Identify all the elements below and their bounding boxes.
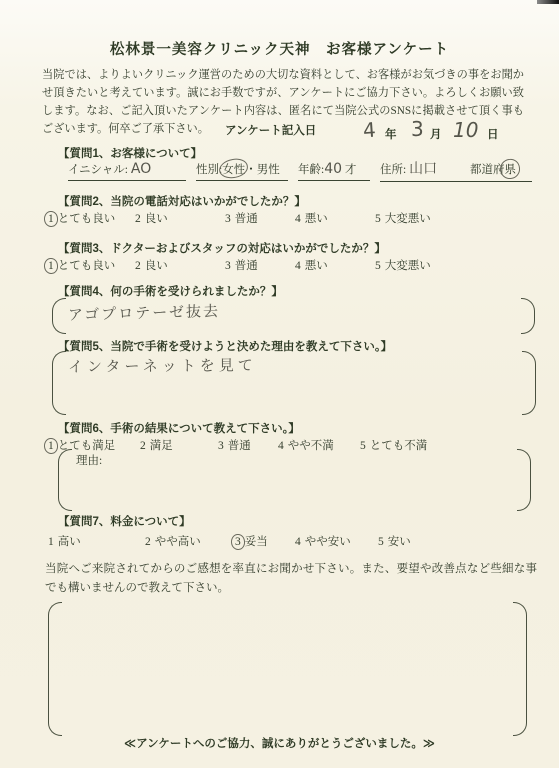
q7-option-2-num: 2	[145, 536, 151, 548]
q3-option-1-label: とても良い	[58, 260, 116, 272]
q3-option-1: 1とても良い	[48, 257, 135, 273]
page-title: 松林景一美容クリニック天神 お客様アンケート	[0, 38, 559, 59]
q2-option-3-label: 普通	[235, 213, 258, 225]
question1-fields: イニシャル: AO性別:女性・男性年齢:40 才住所: 山口 都道府県	[68, 158, 538, 182]
q6-option-1-num: 1	[48, 440, 54, 452]
question2-header: 【質問2、当院の電話対応はいかがでしたか？】	[58, 193, 306, 209]
feedback-answer-box	[48, 602, 527, 736]
q2-option-5-label: 大変悪い	[385, 213, 431, 225]
initial-label: イニシャル:	[68, 164, 128, 176]
question7-options: 1高い2やや高い3妥当4やや安い5安い	[48, 533, 411, 549]
survey-date-row: アンケート記入日 4 年 3 月 10 日	[225, 122, 545, 150]
q7-option-3-num: 3	[235, 536, 241, 548]
question6-reason-box: 理由:	[58, 449, 531, 511]
age-handwritten: 40	[324, 161, 342, 177]
age-unit: 才	[345, 164, 357, 176]
q2-option-1-label: とても良い	[58, 213, 116, 225]
q3-option-2: 2良い	[135, 257, 225, 273]
initial-field: イニシャル: AO	[68, 161, 186, 181]
q3-option-4-label: 悪い	[305, 260, 328, 272]
q7-option-4: 4やや安い	[295, 533, 378, 549]
date-year-unit: 年	[385, 126, 397, 142]
q7-option-5-num: 5	[378, 536, 384, 548]
address-ken: 県	[504, 161, 516, 177]
q2-option-5-num: 5	[375, 213, 381, 225]
q2-option-2: 2良い	[135, 210, 225, 226]
q2-option-5: 5大変悪い	[375, 210, 431, 226]
q2-option-4-num: 4	[295, 213, 301, 225]
question5-answer-box: インターネットを見て	[52, 351, 536, 415]
question4-answer-handwritten: アゴプロテーゼ抜去	[68, 300, 220, 325]
q7-option-3: 3妥当	[235, 533, 295, 549]
scan-artifact	[537, 0, 559, 4]
q2-option-2-label: 良い	[145, 213, 168, 225]
q7-option-4-num: 4	[295, 536, 301, 548]
q7-option-2-label: やや高い	[155, 536, 201, 548]
q3-option-5-label: 大変悪い	[385, 260, 431, 272]
date-day-handwritten: 10	[453, 118, 478, 142]
q3-option-2-num: 2	[135, 260, 141, 272]
q7-option-1: 1高い	[48, 533, 145, 549]
question3-header: 【質問3、ドクターおよびスタッフの対応はいかがでしたか？】	[58, 240, 386, 256]
age-label: 年齢:	[298, 164, 324, 176]
question5-answer-handwritten: インターネットを見て	[68, 354, 257, 377]
q3-option-5: 5大変悪い	[375, 257, 431, 273]
question4-answer-box: アゴプロテーゼ抜去	[52, 298, 535, 334]
date-day-unit: 日	[487, 126, 499, 142]
date-year-handwritten: 4	[362, 118, 376, 143]
q7-option-5: 5安い	[378, 533, 411, 549]
q2-option-1-num: 1	[48, 213, 54, 225]
date-label: アンケート記入日	[225, 125, 316, 137]
gender-male-option: 男性	[257, 164, 280, 176]
address-handwritten: 山口	[409, 158, 467, 178]
q3-option-3-label: 普通	[235, 260, 258, 272]
q7-option-4-label: やや安い	[305, 536, 351, 548]
gender-field: 性別:女性・男性	[196, 161, 288, 181]
feedback-prompt: 当院へご来院されてからのご感想を率直にお聞かせ下さい。また、要望や改善点など些細…	[45, 560, 537, 598]
q7-option-1-num: 1	[48, 536, 54, 548]
question4-header: 【質問4、何の手術を受けられましたか？】	[58, 283, 283, 299]
q3-option-4: 4悪い	[295, 257, 375, 273]
question6-header: 【質問6、手術の結果について教えて下さい。】	[58, 420, 300, 436]
age-field: 年齢:40 才	[298, 161, 370, 181]
question3-options: 1とても良い2良い3普通4悪い5大変悪い	[48, 257, 431, 273]
q3-option-2-label: 良い	[145, 260, 168, 272]
survey-scan-page: 松林景一美容クリニック天神 お客様アンケート 当院では、よりよいクリニック運営の…	[0, 0, 559, 768]
q2-option-4: 4悪い	[295, 210, 375, 226]
gender-female-option: 女性	[222, 161, 245, 177]
date-month-handwritten: 3	[411, 117, 424, 141]
reason-label: 理由:	[76, 452, 102, 468]
q7-option-2: 2やや高い	[145, 533, 235, 549]
q2-option-2-num: 2	[135, 213, 141, 225]
q3-option-4-num: 4	[295, 260, 301, 272]
q3-option-3: 3普通	[225, 257, 295, 273]
date-month-unit: 月	[430, 126, 442, 142]
q2-option-3: 3普通	[225, 210, 295, 226]
address-field: 住所: 山口 都道府県	[380, 158, 532, 182]
q3-option-5-num: 5	[375, 260, 381, 272]
closing-message: ≪アンケートへのご協力、誠にありがとうございました。≫	[0, 735, 559, 751]
q2-option-3-num: 3	[225, 213, 231, 225]
q2-option-1: 1とても良い	[48, 210, 135, 226]
q3-option-3-num: 3	[225, 260, 231, 272]
address-label: 住所:	[380, 164, 406, 176]
q7-option-1-label: 高い	[58, 536, 81, 548]
question2-options: 1とても良い2良い3普通4悪い5大変悪い	[48, 210, 431, 226]
q3-option-1-num: 1	[48, 260, 54, 272]
question7-header: 【質問7、料金について】	[58, 513, 191, 529]
q2-option-4-label: 悪い	[305, 213, 328, 225]
initial-handwritten: AO	[131, 161, 151, 177]
q7-option-3-label: 妥当	[245, 536, 268, 548]
q7-option-5-label: 安い	[388, 536, 411, 548]
